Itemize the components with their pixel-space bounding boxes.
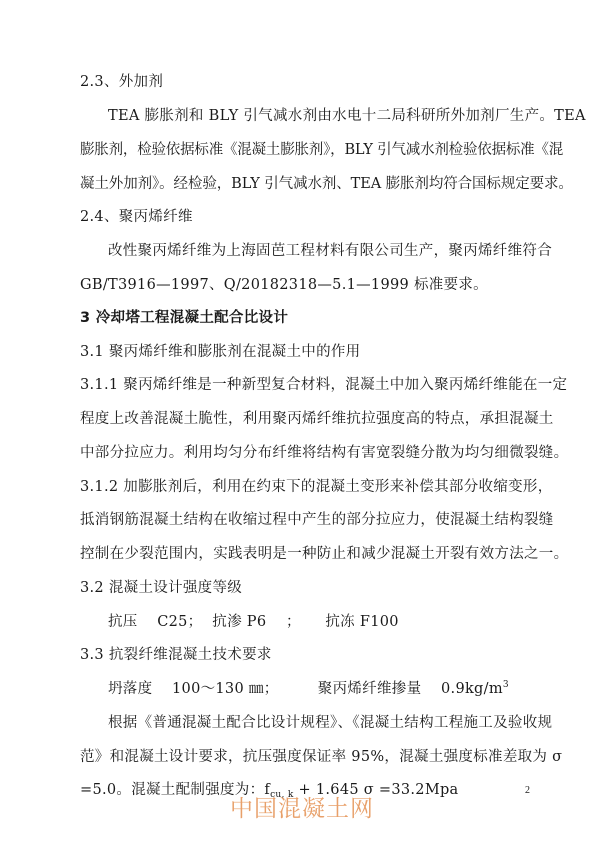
watermark-logo: 中国混凝土网 — [230, 790, 374, 823]
section-heading-3-2: 3.2 混凝土设计强度等级 — [80, 576, 242, 597]
paragraph-line: GB/T3916—1997、Q/20182318—5.1—1999 标准要求。 — [80, 273, 488, 294]
paragraph-line: 中部分拉应力。利用均匀分布纤维将结构有害宽裂缝分散为均匀细微裂缝。 — [80, 441, 568, 462]
section-heading-3-3: 3.3 抗裂纤维混凝土技术要求 — [80, 643, 272, 664]
strength-grades: 抗压 C25； 抗渗 P6 ； 抗冻 F100 — [108, 610, 399, 631]
section-heading-2-4: 2.4、聚丙烯纤维 — [80, 205, 193, 226]
paragraph-line: 范》和混凝土设计要求，抗压强度保证率 95%，混凝土强度标准差取为 σ — [80, 745, 562, 766]
slump-text: 坍落度 100～130 ㎜； 聚丙烯纤维掺量 0.9kg/m — [108, 681, 503, 697]
section-heading-3-1: 3.1 聚丙烯纤维和膨胀剂在混凝土中的作用 — [80, 340, 360, 361]
paragraph-line: 3.1.1 聚丙烯纤维是一种新型复合材料，混凝土中加入聚丙烯纤维能在一定 — [80, 373, 567, 394]
page-number: 2 — [525, 785, 530, 796]
paragraph-line: TEA 膨胀剂和 BLY 引气减水剂由水电十二局科研所外加剂厂生产。TEA — [108, 104, 586, 125]
paragraph-line: 程度上改善混凝土脆性，利用聚丙烯纤维抗拉强度高的特点，承担混凝土 — [80, 407, 554, 428]
paragraph-line: 根据《普通混凝土配合比设计规程》、《混凝土结构工程施工及验收规 — [108, 711, 552, 732]
paragraph-line: 改性聚丙烯纤维为上海固芭工程材料有限公司生产，聚丙烯纤维符合 — [108, 239, 552, 260]
section-heading-2-3: 2.3、外加剂 — [80, 70, 163, 91]
paragraph-line: 凝土外加剂》。经检验，BLY 引气减水剂、TEA 膨胀剂均符合国标规定要求。 — [80, 172, 573, 193]
paragraph-line: 膨胀剂，检验依据标准《混凝土膨胀剂》，BLY 引气减水剂检验依据标准《混 — [80, 138, 563, 159]
chapter-heading-3: 3 冷却塔工程混凝土配合比设计 — [80, 306, 288, 327]
paragraph-line: 3.1.2 加膨胀剂后，利用在约束下的混凝土变形来补偿其部分收缩变形， — [80, 475, 553, 496]
slump-and-dosage: 坍落度 100～130 ㎜； 聚丙烯纤维掺量 0.9kg/m3 — [108, 677, 509, 698]
paragraph-line: 控制在少裂范围内，实践表明是一种防止和减少混凝土开裂有效方法之一。 — [80, 542, 568, 563]
superscript-3: 3 — [503, 680, 509, 690]
paragraph-line: 抵消钢筋混凝土结构在收缩过程中产生的部分拉应力，使混凝土结构裂缝 — [80, 508, 554, 529]
